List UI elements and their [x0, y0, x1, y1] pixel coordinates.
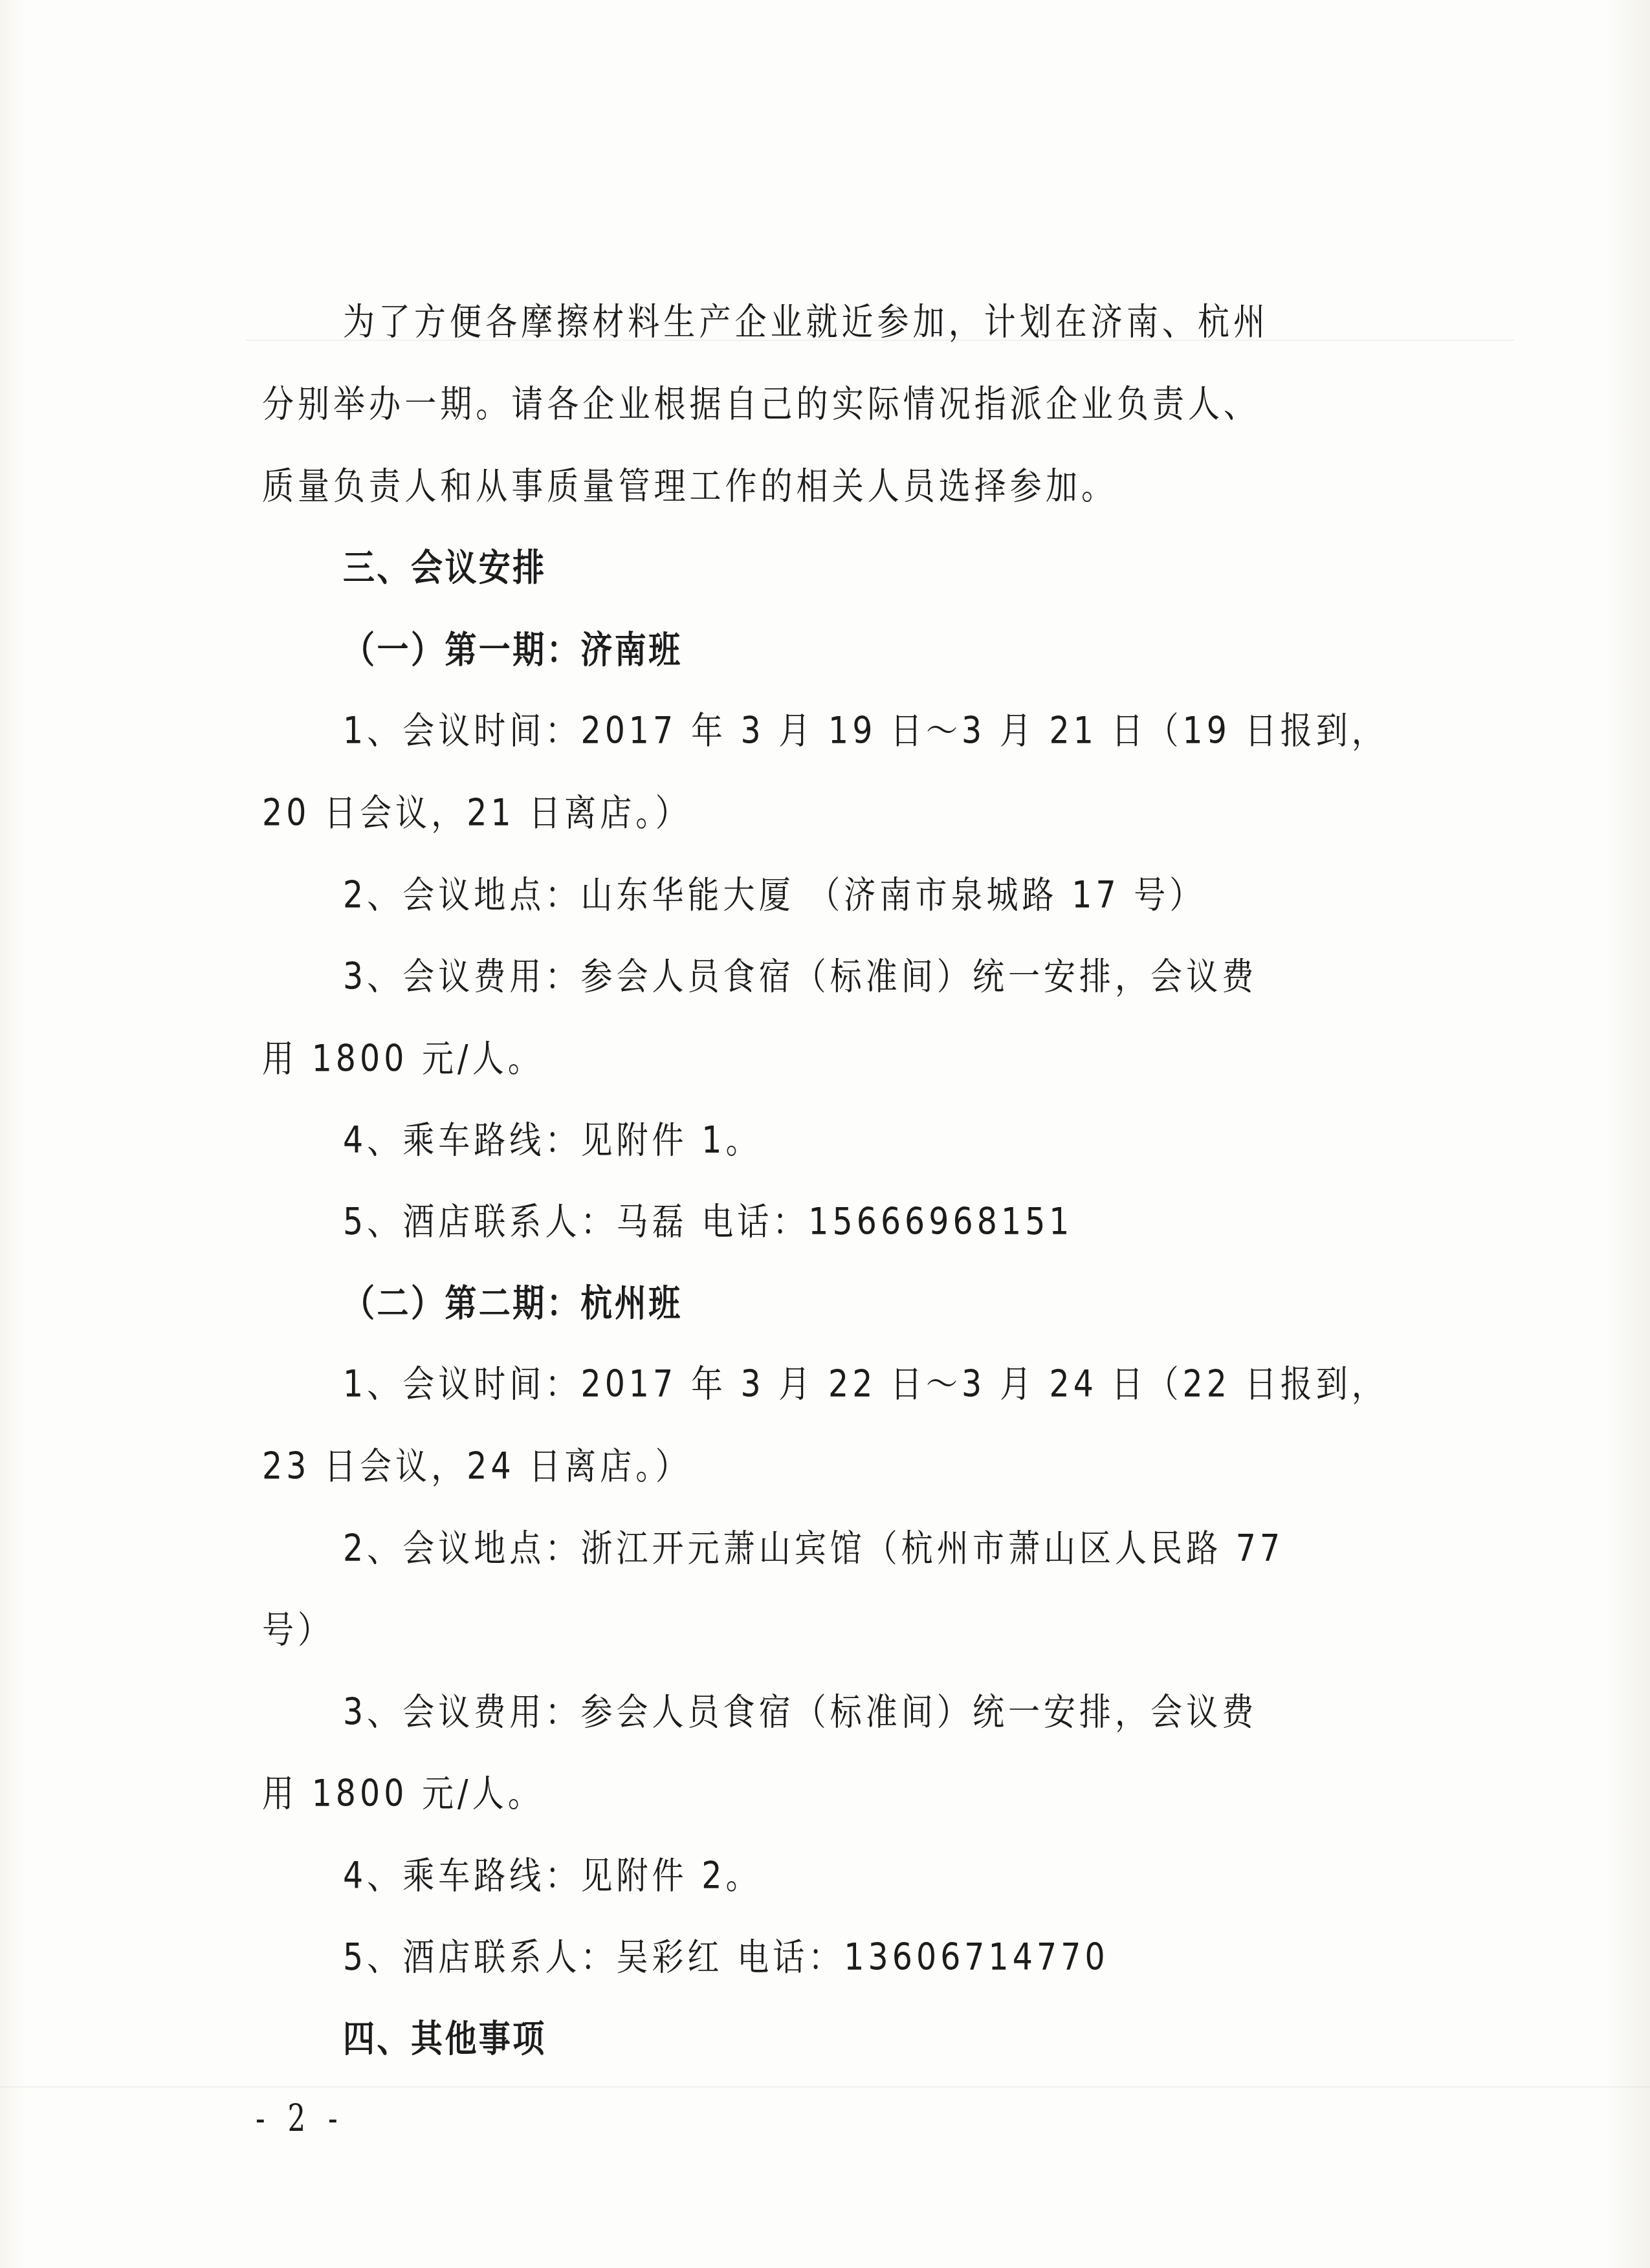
list-item: 23 日会议，24 日离店。） — [262, 1441, 691, 1492]
list-item: 4、乘车路线：见附件 1。 — [343, 1115, 761, 1166]
list-item: 用 1800 元/人。 — [262, 1033, 544, 1085]
subsection-heading: （一）第一期：济南班 — [343, 624, 683, 676]
list-item: 5、酒店联系人：马磊 电话：15666968151 — [343, 1196, 1073, 1248]
list-item: 3、会议费用：参会人员食宿（标准间）统一安排，会议费 — [343, 1686, 1257, 1738]
section-heading: 四、其他事项 — [343, 2013, 547, 2065]
body-text-line: 为了方便各摩擦材料生产企业就近参加，计划在济南、杭州 — [343, 296, 1269, 348]
list-item: 5、酒店联系人：吴彩红 电话：13606714770 — [343, 1932, 1109, 1983]
list-item: 4、乘车路线：见附件 2。 — [343, 1850, 761, 1902]
list-item: 号） — [262, 1604, 333, 1656]
list-item: 2、会议地点：浙江开元萧山宾馆（杭州市萧山区人民路 77 — [343, 1523, 1284, 1575]
document-page: 为了方便各摩擦材料生产企业就近参加，计划在济南、杭州 分别举办一期。请各企业根据… — [0, 0, 1650, 2268]
list-item: 1、会议时间：2017 年 3 月 22 日～3 月 24 日（22 日报到， — [343, 1358, 1387, 1410]
section-heading: 三、会议安排 — [343, 542, 547, 594]
scan-fold-line — [0, 2086, 1650, 2088]
list-item: 用 1800 元/人。 — [262, 1768, 544, 1820]
list-item: 2、会议地点：山东华能大厦 （济南市泉城路 17 号） — [343, 869, 1205, 921]
list-item: 1、会议时间：2017 年 3 月 19 日～3 月 21 日（19 日报到， — [343, 705, 1387, 757]
body-text-line: 分别举办一期。请各企业根据自己的实际情况指派企业负责人、 — [262, 378, 1259, 430]
list-item: 3、会议费用：参会人员食宿（标准间）统一安排，会议费 — [343, 951, 1257, 1003]
list-item: 20 日会议，21 日离店。） — [262, 787, 691, 839]
subsection-heading: （二）第二期：杭州班 — [343, 1278, 683, 1329]
page-number: - 2 - — [256, 2096, 344, 2140]
body-text-line: 质量负责人和从事质量管理工作的相关人员选择参加。 — [262, 461, 1117, 512]
